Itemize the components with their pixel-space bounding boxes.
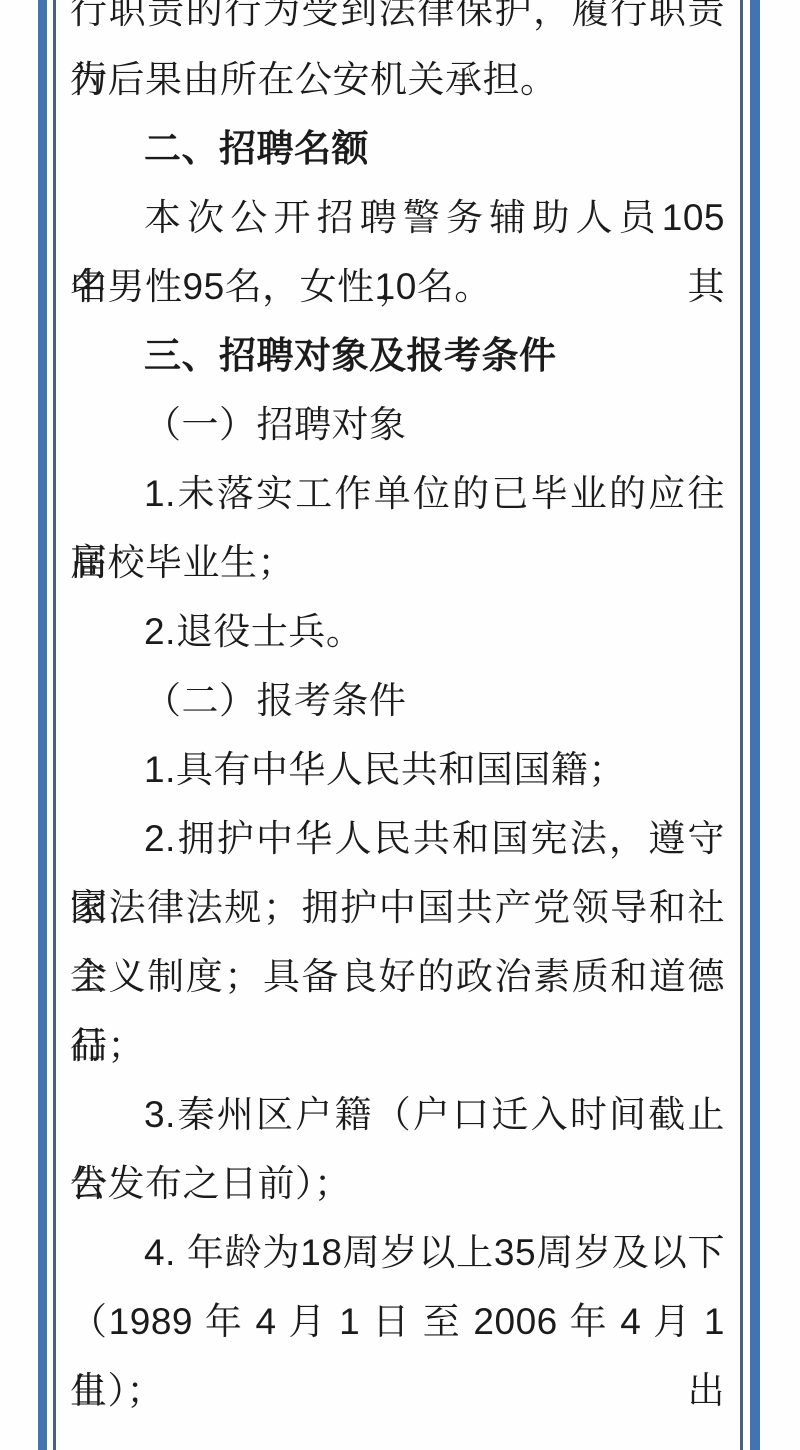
section-heading: 二、招聘名额	[70, 114, 725, 183]
left-outer-border-bar	[38, 0, 47, 1450]
text-line: 主义制度；具备良好的政治素质和道德品	[70, 942, 725, 1011]
notice-page: 行职责的行为受到法律保护，履行职责行为后果由所在公安机关承担。二、招聘名额本次公…	[0, 0, 800, 1450]
document-body: 行职责的行为受到法律保护，履行职责行为后果由所在公安机关承担。二、招聘名额本次公…	[70, 0, 725, 1425]
text-line: （一）招聘对象	[70, 390, 725, 459]
document-content: 行职责的行为受到法律保护，履行职责行为后果由所在公安机关承担。二、招聘名额本次公…	[57, 0, 740, 1450]
right-inner-border-line	[740, 0, 743, 1450]
text-line: 2.退役士兵。	[70, 597, 725, 666]
text-line: （1989 年 4 月 1 日 至 2006 年 4 月 1 日 出	[70, 1287, 725, 1356]
text-line: 高校毕业生；	[70, 528, 725, 597]
right-outer-border-bar	[750, 0, 760, 1450]
text-line: 本次公开招聘警务辅助人员105名，其	[70, 183, 725, 252]
text-line: 4. 年龄为18周岁以上35周岁及以下	[70, 1218, 725, 1287]
text-line: 1.具有中华人民共和国国籍；	[70, 735, 725, 804]
text-line: 行；	[70, 1011, 725, 1080]
text-line: 3.秦州区户籍（户口迁入时间截止公	[70, 1080, 725, 1149]
text-line: 行职责的行为受到法律保护，履行职责行	[70, 0, 725, 45]
text-line: 2.拥护中华人民共和国宪法，遵守国	[70, 804, 725, 873]
text-line: 1.未落实工作单位的已毕业的应往届	[70, 459, 725, 528]
text-line: 为后果由所在公安机关承担。	[70, 45, 725, 114]
text-line: （二）报考条件	[70, 666, 725, 735]
left-inner-border-line	[53, 0, 56, 1450]
text-line: 告发布之日前）；	[70, 1149, 725, 1218]
section-heading: 三、招聘对象及报考条件	[70, 321, 725, 390]
text-line: 家法律法规；拥护中国共产党领导和社会	[70, 873, 725, 942]
